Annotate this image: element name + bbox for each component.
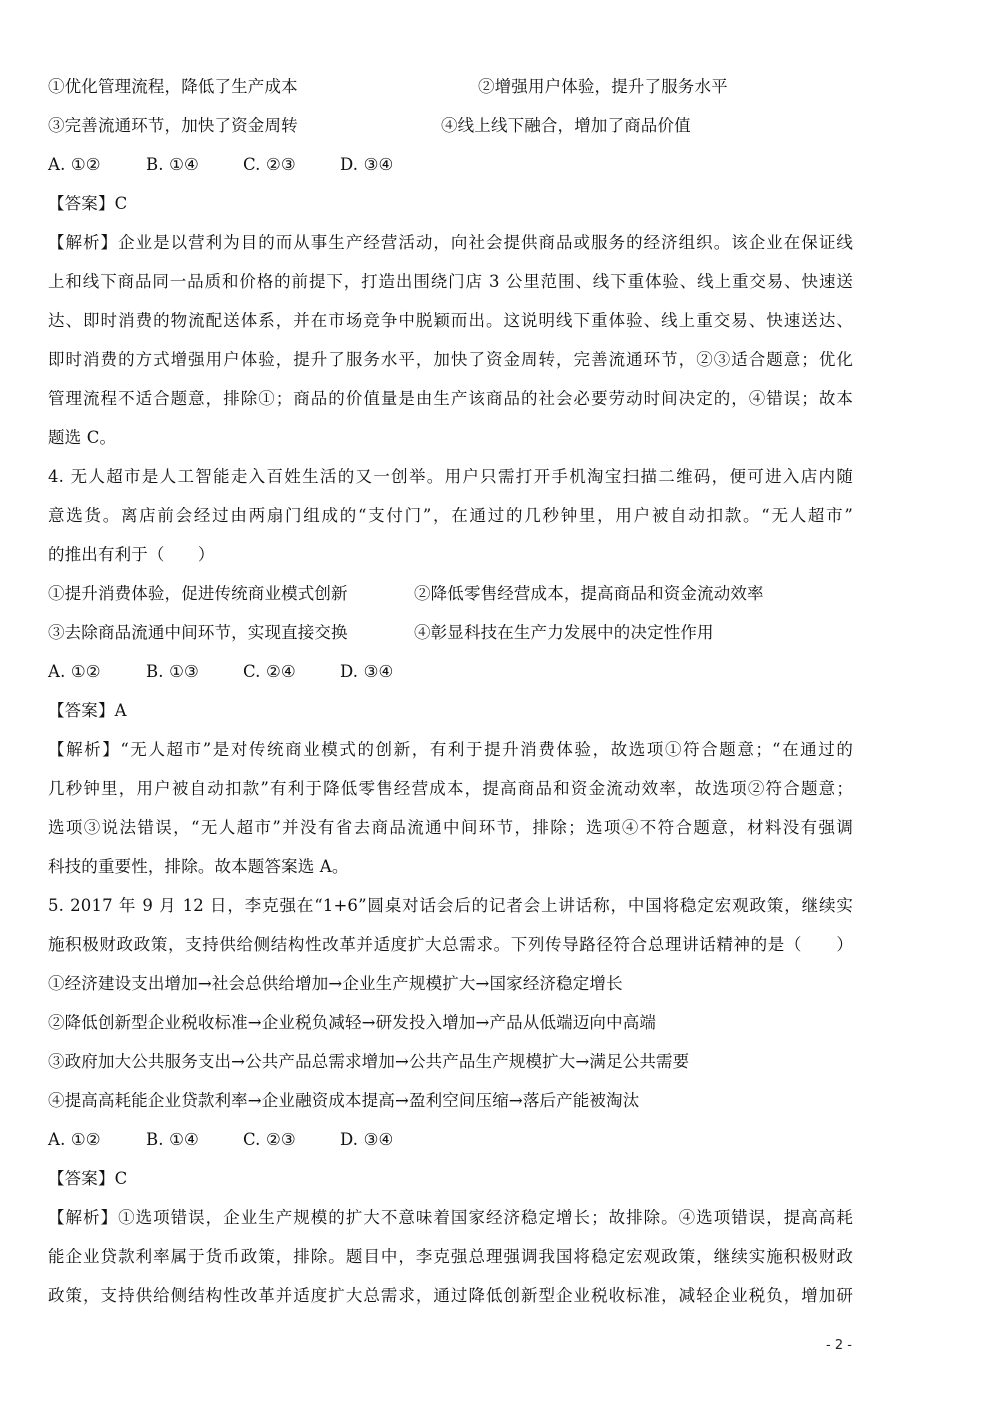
q3-option-a: A. ①② [48,148,146,187]
analysis-label: 【解析】 [48,233,118,252]
q5-option-c: C. ②③ [243,1123,340,1162]
q4-statement-1: ①提升消费体验，促进传统商业模式创新 [48,577,414,616]
q3-analysis-line-1: 【解析】企业是以营利为目的而从事生产经营活动，向社会提供商品或服务的经济组织。该… [48,226,853,265]
q3-analysis-line-5: 管理流程不适合题意，排除①；商品的价值量是由生产该商品的社会必要劳动时间决定的，… [48,382,853,421]
q5-statement-1: ①经济建设支出增加→社会总供给增加→企业生产规模扩大→国家经济稳定增长 [48,967,853,1006]
q3-statements-row-1: ①优化管理流程，降低了生产成本 ②增强用户体验，提升了服务水平 [48,70,853,109]
q3-statement-3: ③完善流通环节，加快了资金周转 [48,109,441,148]
q5-options: A. ①② B. ①④ C. ②③ D. ③④ [48,1123,853,1162]
answer-value: A [115,701,127,720]
q4-stem-line-3: 的推出有利于（ ） [48,538,853,577]
q4-statements-row-2: ③去除商品流通中间环节，实现直接交换 ④彰显科技在生产力发展中的决定性作用 [48,616,853,655]
q5-analysis-line-2: 能企业贷款利率属于货币政策，排除。题目中，李克强总理强调我国将稳定宏观政策，继续… [48,1240,853,1279]
q3-option-d: D. ③④ [340,148,393,187]
q4-answer: 【答案】A [48,694,853,733]
answer-label: 【答案】 [48,194,115,213]
q4-options: A. ①② B. ①③ C. ②④ D. ③④ [48,655,853,694]
analysis-label: 【解析】 [48,1208,118,1227]
q4-stem-line-2: 意选货。离店前会经过由两扇门组成的“支付门”，在通过的几秒钟里，用户被自动扣款。… [48,499,853,538]
q5-stem-line-1: 5. 2017 年 9 月 12 日，李克强在“1+6”圆桌对话会后的记者会上讲… [48,889,853,928]
q4-analysis-line-2: 几秒钟里，用户被自动扣款”有利于降低零售经营成本，提高商品和资金流动效率，故选项… [48,772,853,811]
q4-analysis-line-1: 【解析】“无人超市”是对传统商业模式的创新，有利于提升消费体验，故选项①符合题意… [48,733,853,772]
q5-analysis-line-3: 政策，支持供给侧结构性改革并适度扩大总需求，通过降低创新型企业税收标准，减轻企业… [48,1279,853,1318]
q3-analysis-line-2: 上和线下商品同一品质和价格的前提下，打造出围绕门店 3 公里范围、线下重体验、线… [48,265,853,304]
q4-analysis-line-4: 科技的重要性，排除。故本题答案选 A。 [48,850,853,889]
analysis-label: 【解析】 [48,740,120,759]
analysis-text: 企业是以营利为目的而从事生产经营活动，向社会提供商品或服务的经济组织。该企业在保… [118,233,853,252]
q5-analysis-line-1: 【解析】①选项错误，企业生产规模的扩大不意味着国家经济稳定增长；故排除。④选项错… [48,1201,853,1240]
q4-statements-row-1: ①提升消费体验，促进传统商业模式创新 ②降低零售经营成本，提高商品和资金流动效率 [48,577,853,616]
q3-analysis-line-3: 达、即时消费的物流配送体系，并在市场竞争中脱颖而出。这说明线下重体验、线上重交易… [48,304,853,343]
q3-statement-4: ④线上线下融合，增加了商品价值 [441,109,691,148]
q5-option-d: D. ③④ [340,1123,393,1162]
q5-stem-line-2: 施积极财政政策，支持供给侧结构性改革并适度扩大总需求。下列传导路径符合总理讲话精… [48,928,853,967]
answer-value: C [115,1169,128,1188]
analysis-text: “无人超市”是对传统商业模式的创新，有利于提升消费体验，故选项①符合题意；“在通… [120,740,853,759]
q3-answer: 【答案】C [48,187,853,226]
page-number: - 2 - [826,1338,852,1353]
q4-option-a: A. ①② [48,655,146,694]
q4-statement-3: ③去除商品流通中间环节，实现直接交换 [48,616,414,655]
answer-label: 【答案】 [48,1169,115,1188]
q5-statement-4: ④提高高耗能企业贷款利率→企业融资成本提高→盈利空间压缩→落后产能被淘汰 [48,1084,853,1123]
q4-statement-4: ④彰显科技在生产力发展中的决定性作用 [414,616,714,655]
q5-statement-2: ②降低创新型企业税收标准→企业税负减轻→研发投入增加→产品从低端迈向中高端 [48,1006,853,1045]
q3-option-c: C. ②③ [243,148,340,187]
q3-statement-1: ①优化管理流程，降低了生产成本 [48,70,478,109]
q4-analysis-line-3: 选项③说法错误，“无人超市”并没有省去商品流通中间环节，排除；选项④不符合题意，… [48,811,853,850]
q3-statement-2: ②增强用户体验，提升了服务水平 [478,70,728,109]
answer-value: C [115,194,128,213]
q5-answer: 【答案】C [48,1162,853,1201]
analysis-text: ①选项错误，企业生产规模的扩大不意味着国家经济稳定增长；故排除。④选项错误，提高… [118,1208,853,1227]
q5-statement-3: ③政府加大公共服务支出→公共产品总需求增加→公共产品生产规模扩大→满足公共需要 [48,1045,853,1084]
q3-options: A. ①② B. ①④ C. ②③ D. ③④ [48,148,853,187]
q4-option-b: B. ①③ [146,655,243,694]
q4-statement-2: ②降低零售经营成本，提高商品和资金流动效率 [414,577,764,616]
document-page: ①优化管理流程，降低了生产成本 ②增强用户体验，提升了服务水平 ③完善流通环节，… [48,70,853,1318]
q4-option-d: D. ③④ [340,655,393,694]
q5-option-b: B. ①④ [146,1123,243,1162]
answer-label: 【答案】 [48,701,115,720]
q3-option-b: B. ①④ [146,148,243,187]
q3-statements-row-2: ③完善流通环节，加快了资金周转 ④线上线下融合，增加了商品价值 [48,109,853,148]
q4-option-c: C. ②④ [243,655,340,694]
q3-analysis-line-4: 即时消费的方式增强用户体验，提升了服务水平，加快了资金周转，完善流通环节，②③适… [48,343,853,382]
q4-stem-line-1: 4. 无人超市是人工智能走入百姓生活的又一创举。用户只需打开手机淘宝扫描二维码，… [48,460,853,499]
q5-option-a: A. ①② [48,1123,146,1162]
q3-analysis-line-6: 题选 C。 [48,421,853,460]
